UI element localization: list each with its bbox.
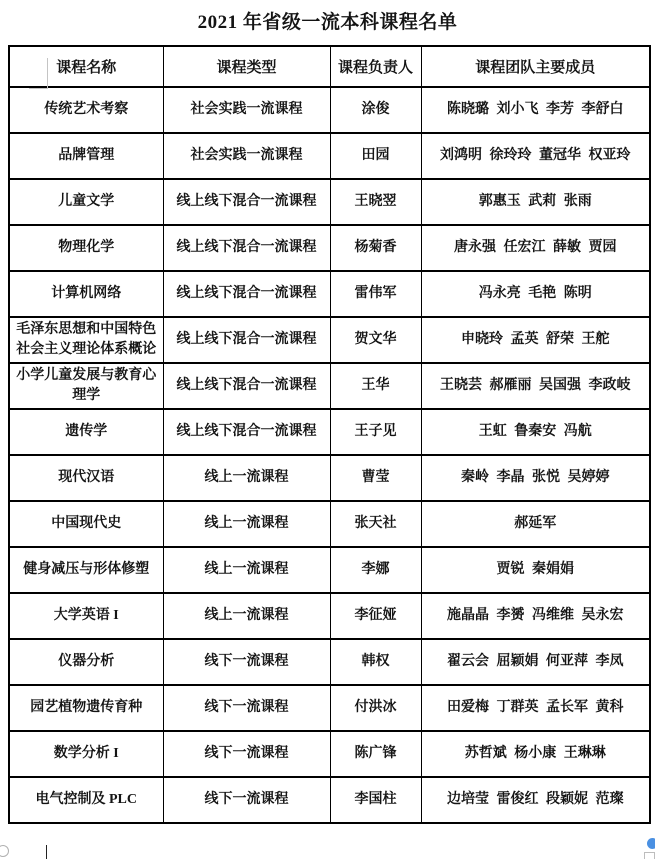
header-row: 课程名称 课程类型 课程负责人 课程团队主要成员 bbox=[9, 46, 650, 87]
course-type-cell: 线上线下混合一流课程 bbox=[163, 363, 330, 409]
team-cell: 苏哲斌 杨小康 王琳琳 bbox=[421, 731, 650, 777]
course-name-cell: 健身减压与形体修塑 bbox=[9, 547, 163, 593]
course-name-cell: 遗传学 bbox=[9, 409, 163, 455]
team-cell: 边培莹 雷俊红 段颖妮 范璨 bbox=[421, 777, 650, 823]
leader-cell: 王华 bbox=[330, 363, 421, 409]
paragraph-mark-circle bbox=[0, 845, 9, 857]
table-row: 品牌管理社会实践一流课程田园刘鸿明 徐玲玲 董冠华 权亚玲 bbox=[9, 133, 650, 179]
course-type-cell: 线上线下混合一流课程 bbox=[163, 317, 330, 363]
selection-bracket-vertical bbox=[47, 58, 48, 88]
leader-cell: 李国柱 bbox=[330, 777, 421, 823]
leader-cell: 雷伟军 bbox=[330, 271, 421, 317]
course-name-cell: 园艺植物遗传育种 bbox=[9, 685, 163, 731]
course-name-cell: 中国现代史 bbox=[9, 501, 163, 547]
team-cell: 刘鸿明 徐玲玲 董冠华 权亚玲 bbox=[421, 133, 650, 179]
table-row: 现代汉语线上一流课程曹莹秦岭 李晶 张悦 吴婷婷 bbox=[9, 455, 650, 501]
leader-cell: 付洪冰 bbox=[330, 685, 421, 731]
team-cell: 王虹 鲁秦安 冯航 bbox=[421, 409, 650, 455]
header-course-leader: 课程负责人 bbox=[330, 46, 421, 87]
resize-handle-dot[interactable] bbox=[647, 838, 655, 849]
course-name-cell: 计算机网络 bbox=[9, 271, 163, 317]
table-row: 大学英语 I线上一流课程李征娅施晶晶 李赟 冯维维 吴永宏 bbox=[9, 593, 650, 639]
leader-cell: 陈广锋 bbox=[330, 731, 421, 777]
course-list-table: 课程名称 课程类型 课程负责人 课程团队主要成员 传统艺术考察社会实践一流课程涂… bbox=[8, 45, 651, 824]
team-cell: 陈晓璐 刘小飞 李芳 李舒白 bbox=[421, 87, 650, 133]
team-cell: 王晓芸 郝雁丽 吴国强 李政岐 bbox=[421, 363, 650, 409]
table-row: 健身减压与形体修塑线上一流课程李娜贾锐 秦娟娟 bbox=[9, 547, 650, 593]
table-row: 电气控制及 PLC线下一流课程李国柱边培莹 雷俊红 段颖妮 范璨 bbox=[9, 777, 650, 823]
course-type-cell: 线下一流课程 bbox=[163, 685, 330, 731]
team-cell: 申晓玲 孟英 舒荣 王舵 bbox=[421, 317, 650, 363]
header-course-name: 课程名称 bbox=[9, 46, 163, 87]
leader-cell: 李娜 bbox=[330, 547, 421, 593]
course-type-cell: 线上线下混合一流课程 bbox=[163, 179, 330, 225]
header-course-type: 课程类型 bbox=[163, 46, 330, 87]
table-row: 物理化学线上线下混合一流课程杨菊香唐永强 任宏江 薛敏 贾园 bbox=[9, 225, 650, 271]
course-name-cell: 传统艺术考察 bbox=[9, 87, 163, 133]
course-name-cell: 毛泽东思想和中国特色社会主义理论体系概论 bbox=[9, 317, 163, 363]
table-row: 传统艺术考察社会实践一流课程涂俊陈晓璐 刘小飞 李芳 李舒白 bbox=[9, 87, 650, 133]
table-row: 中国现代史线上一流课程张天社郝延军 bbox=[9, 501, 650, 547]
team-cell: 贾锐 秦娟娟 bbox=[421, 547, 650, 593]
table-row: 毛泽东思想和中国特色社会主义理论体系概论线上线下混合一流课程贺文华申晓玲 孟英 … bbox=[9, 317, 650, 363]
leader-cell: 韩权 bbox=[330, 639, 421, 685]
table-row: 园艺植物遗传育种线下一流课程付洪冰田爱梅 丁群英 孟长军 黄科 bbox=[9, 685, 650, 731]
team-cell: 冯永亮 毛艳 陈明 bbox=[421, 271, 650, 317]
leader-cell: 涂俊 bbox=[330, 87, 421, 133]
course-type-cell: 线上一流课程 bbox=[163, 455, 330, 501]
team-cell: 施晶晶 李赟 冯维维 吴永宏 bbox=[421, 593, 650, 639]
leader-cell: 王晓翌 bbox=[330, 179, 421, 225]
team-cell: 田爱梅 丁群英 孟长军 黄科 bbox=[421, 685, 650, 731]
document-page: { "page": { "title": "2021 年省级一流本科课程名单" … bbox=[0, 0, 655, 859]
leader-cell: 张天社 bbox=[330, 501, 421, 547]
course-name-cell: 儿童文学 bbox=[9, 179, 163, 225]
leader-cell: 王子见 bbox=[330, 409, 421, 455]
course-name-cell: 仪器分析 bbox=[9, 639, 163, 685]
course-name-cell: 大学英语 I bbox=[9, 593, 163, 639]
course-type-cell: 线上线下混合一流课程 bbox=[163, 271, 330, 317]
selection-bracket-horizontal bbox=[29, 88, 48, 89]
leader-cell: 曹莹 bbox=[330, 455, 421, 501]
text-cursor bbox=[46, 845, 47, 859]
course-type-cell: 线上线下混合一流课程 bbox=[163, 225, 330, 271]
course-name-cell: 数学分析 I bbox=[9, 731, 163, 777]
table-row: 小学儿童发展与教育心理学线上线下混合一流课程王华王晓芸 郝雁丽 吴国强 李政岐 bbox=[9, 363, 650, 409]
course-type-cell: 社会实践一流课程 bbox=[163, 133, 330, 179]
header-course-team: 课程团队主要成员 bbox=[421, 46, 650, 87]
course-name-cell: 品牌管理 bbox=[9, 133, 163, 179]
team-cell: 唐永强 任宏江 薛敏 贾园 bbox=[421, 225, 650, 271]
course-type-cell: 社会实践一流课程 bbox=[163, 87, 330, 133]
leader-cell: 杨菊香 bbox=[330, 225, 421, 271]
leader-cell: 田园 bbox=[330, 133, 421, 179]
table-row: 遗传学线上线下混合一流课程王子见王虹 鲁秦安 冯航 bbox=[9, 409, 650, 455]
team-cell: 郭惠玉 武莉 张雨 bbox=[421, 179, 650, 225]
leader-cell: 李征娅 bbox=[330, 593, 421, 639]
course-name-cell: 电气控制及 PLC bbox=[9, 777, 163, 823]
table-row: 计算机网络线上线下混合一流课程雷伟军冯永亮 毛艳 陈明 bbox=[9, 271, 650, 317]
table-row: 儿童文学线上线下混合一流课程王晓翌郭惠玉 武莉 张雨 bbox=[9, 179, 650, 225]
team-cell: 秦岭 李晶 张悦 吴婷婷 bbox=[421, 455, 650, 501]
course-name-cell: 小学儿童发展与教育心理学 bbox=[9, 363, 163, 409]
course-type-cell: 线上一流课程 bbox=[163, 501, 330, 547]
course-type-cell: 线下一流课程 bbox=[163, 777, 330, 823]
leader-cell: 贺文华 bbox=[330, 317, 421, 363]
course-type-cell: 线上线下混合一流课程 bbox=[163, 409, 330, 455]
course-name-cell: 现代汉语 bbox=[9, 455, 163, 501]
course-type-cell: 线下一流课程 bbox=[163, 639, 330, 685]
course-name-cell: 物理化学 bbox=[9, 225, 163, 271]
team-cell: 郝延军 bbox=[421, 501, 650, 547]
table-row: 仪器分析线下一流课程韩权翟云会 屈颖娟 何亚萍 李凤 bbox=[9, 639, 650, 685]
course-type-cell: 线上一流课程 bbox=[163, 593, 330, 639]
resize-handle-square[interactable] bbox=[644, 852, 655, 859]
table-row: 数学分析 I线下一流课程陈广锋苏哲斌 杨小康 王琳琳 bbox=[9, 731, 650, 777]
page-title: 2021 年省级一流本科课程名单 bbox=[0, 7, 655, 34]
course-type-cell: 线下一流课程 bbox=[163, 731, 330, 777]
team-cell: 翟云会 屈颖娟 何亚萍 李凤 bbox=[421, 639, 650, 685]
course-type-cell: 线上一流课程 bbox=[163, 547, 330, 593]
